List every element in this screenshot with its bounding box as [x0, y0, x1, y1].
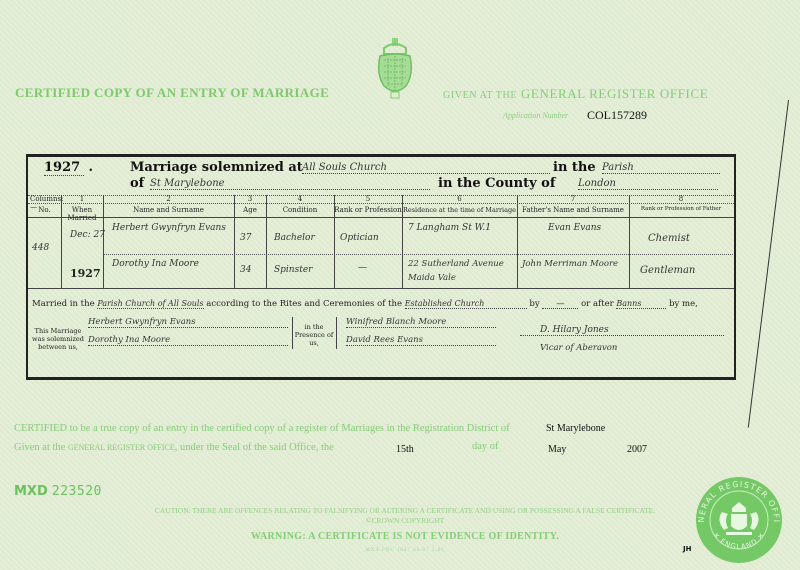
certification-line-2: Given at the General Register Office, un…	[14, 442, 334, 453]
groom-name: Herbert Gwynfryn Evans	[112, 221, 232, 235]
form-code: MXA PNC 1047 06/07 2.86	[140, 548, 670, 553]
serial-prefix: MXD	[14, 484, 48, 499]
between-label: This Marriage was solemnized between us,	[32, 327, 84, 351]
by-me-label: by me,	[669, 299, 698, 309]
col-num-5: 5	[334, 195, 402, 203]
certificate-title: CERTIFIED COPY OF AN ENTRY OF MARRIAGE	[15, 85, 329, 101]
register-entry: 1927 . Marriage solemnized at All Souls …	[26, 154, 736, 380]
identity-warning: WARNING: A CERTIFICATE IS NOT EVIDENCE O…	[140, 531, 670, 542]
registration-district: St Marylebone	[546, 423, 605, 434]
office-name: General Register Office	[68, 443, 175, 452]
col-header-rank: Rank or Profession	[334, 206, 402, 214]
county-label: in the County of	[438, 176, 555, 191]
certificate-page: CERTIFIED COPY OF AN ENTRY OF MARRIAGE G…	[0, 0, 800, 570]
certified-year: 2007	[627, 444, 647, 455]
after-label: or after	[581, 299, 614, 309]
caution-notice: CAUTION: THERE ARE OFFENCES RELATING TO …	[140, 506, 670, 526]
witness-2: David Rees Evans	[346, 335, 496, 346]
after-value: Banns	[616, 299, 666, 309]
col-num-3: 3	[234, 195, 266, 203]
col-num-1: 1	[61, 195, 103, 203]
col-num-6: 6	[402, 195, 517, 203]
bride-age: 34	[240, 265, 251, 275]
gro-seal-icon: GENERAL REGISTER OFFICE ✕ ENGLAND ✕	[690, 476, 788, 564]
col-num-7: 7	[517, 195, 629, 203]
day-of-label: day of	[472, 441, 499, 452]
certified-day: 15th	[396, 444, 414, 455]
county-name: London	[578, 178, 718, 190]
col-header-condition: Condition	[266, 206, 334, 214]
issuer-name: GENERAL REGISTER OFFICE	[521, 86, 708, 101]
rites-value: Established Church	[405, 299, 527, 309]
witness-1: Winifred Blanch Moore	[346, 317, 496, 328]
groom-signature: Herbert Gwynfryn Evans	[88, 317, 288, 328]
issuer-initials: JH	[683, 545, 691, 553]
bride-father-rank: Gentleman	[640, 265, 695, 276]
col-num-8: 8	[629, 195, 733, 203]
married-in-label: Married in the	[32, 299, 95, 309]
groom-residence: 7 Langham St W.1	[408, 221, 513, 235]
seal-phrase: , under the Seal of the said Office, the	[175, 442, 334, 453]
fold-line	[748, 100, 789, 428]
married-in-line: Married in the Parish Church of All Soul…	[32, 299, 698, 309]
entry-year: 1927 .	[44, 160, 93, 176]
certified-month: May	[548, 444, 566, 455]
serial-number: MXD 223520	[14, 484, 102, 499]
col-header-father-rank: Rank or Profession of Father	[629, 206, 733, 212]
serial-digits: 223520	[52, 484, 102, 499]
bride-rank: —	[358, 263, 367, 273]
col-header-no: No.	[28, 206, 61, 214]
application-number-label: Application Number	[503, 111, 568, 120]
by-value: —	[542, 299, 578, 309]
rites-label: according to the Rites and Ceremonies of…	[206, 299, 402, 309]
presence-label: in the Presence of us,	[294, 323, 334, 347]
bride-father-name: John Merriman Moore	[522, 257, 626, 271]
solemnized-label: Marriage solemnized at	[130, 160, 303, 175]
entry-number: 448	[32, 243, 49, 253]
of-label: of	[130, 176, 144, 191]
groom-father-rank: Chemist	[648, 233, 690, 244]
groom-father-name: Evan Evans	[548, 221, 618, 235]
bride-condition: Spinster	[274, 265, 312, 275]
col-header-when-married: When Married	[61, 206, 103, 222]
when-married-day: Dec: 27	[70, 230, 105, 240]
col-header-residence: Residence at the time of Marriage	[402, 206, 517, 214]
by-label: by	[529, 299, 539, 309]
col-header-father-name: Father's Name and Surname	[517, 206, 629, 214]
col-header-name: Name and Surname	[103, 206, 234, 214]
groom-rank: Optician	[340, 233, 379, 243]
col-num-2: 2	[103, 195, 234, 203]
in-the-label: in the	[553, 160, 596, 175]
issuer-prefix: Given at the	[443, 90, 517, 101]
parish-name: St Marylebone	[150, 178, 430, 190]
issuer-heading: Given at the GENERAL REGISTER OFFICE	[443, 86, 708, 102]
parish-type: Parish	[602, 162, 720, 174]
bride-name: Dorothy Ina Moore	[112, 257, 212, 271]
groom-age: 37	[240, 233, 251, 243]
church-name: All Souls Church	[302, 162, 550, 174]
bride-residence: 22 Sutherland Avenue Maida Vale	[408, 257, 513, 285]
when-married-year: 1927	[70, 267, 101, 280]
certification-line-1: CERTIFIED to be a true copy of an entry …	[14, 423, 510, 434]
married-in-value: Parish Church of All Souls	[97, 299, 203, 309]
application-number: COL157289	[587, 108, 647, 123]
officiant-signature: D. Hilary Jones	[520, 325, 724, 336]
royal-crest-icon	[376, 38, 414, 100]
col-num-4: 4	[266, 195, 334, 203]
bride-signature: Dorothy Ina Moore	[88, 335, 288, 346]
officiant-title: Vicar of Aberavon	[540, 343, 617, 353]
groom-condition: Bachelor	[274, 233, 315, 243]
given-at-label: Given at the	[14, 442, 65, 453]
col-header-age: Age	[234, 206, 266, 214]
